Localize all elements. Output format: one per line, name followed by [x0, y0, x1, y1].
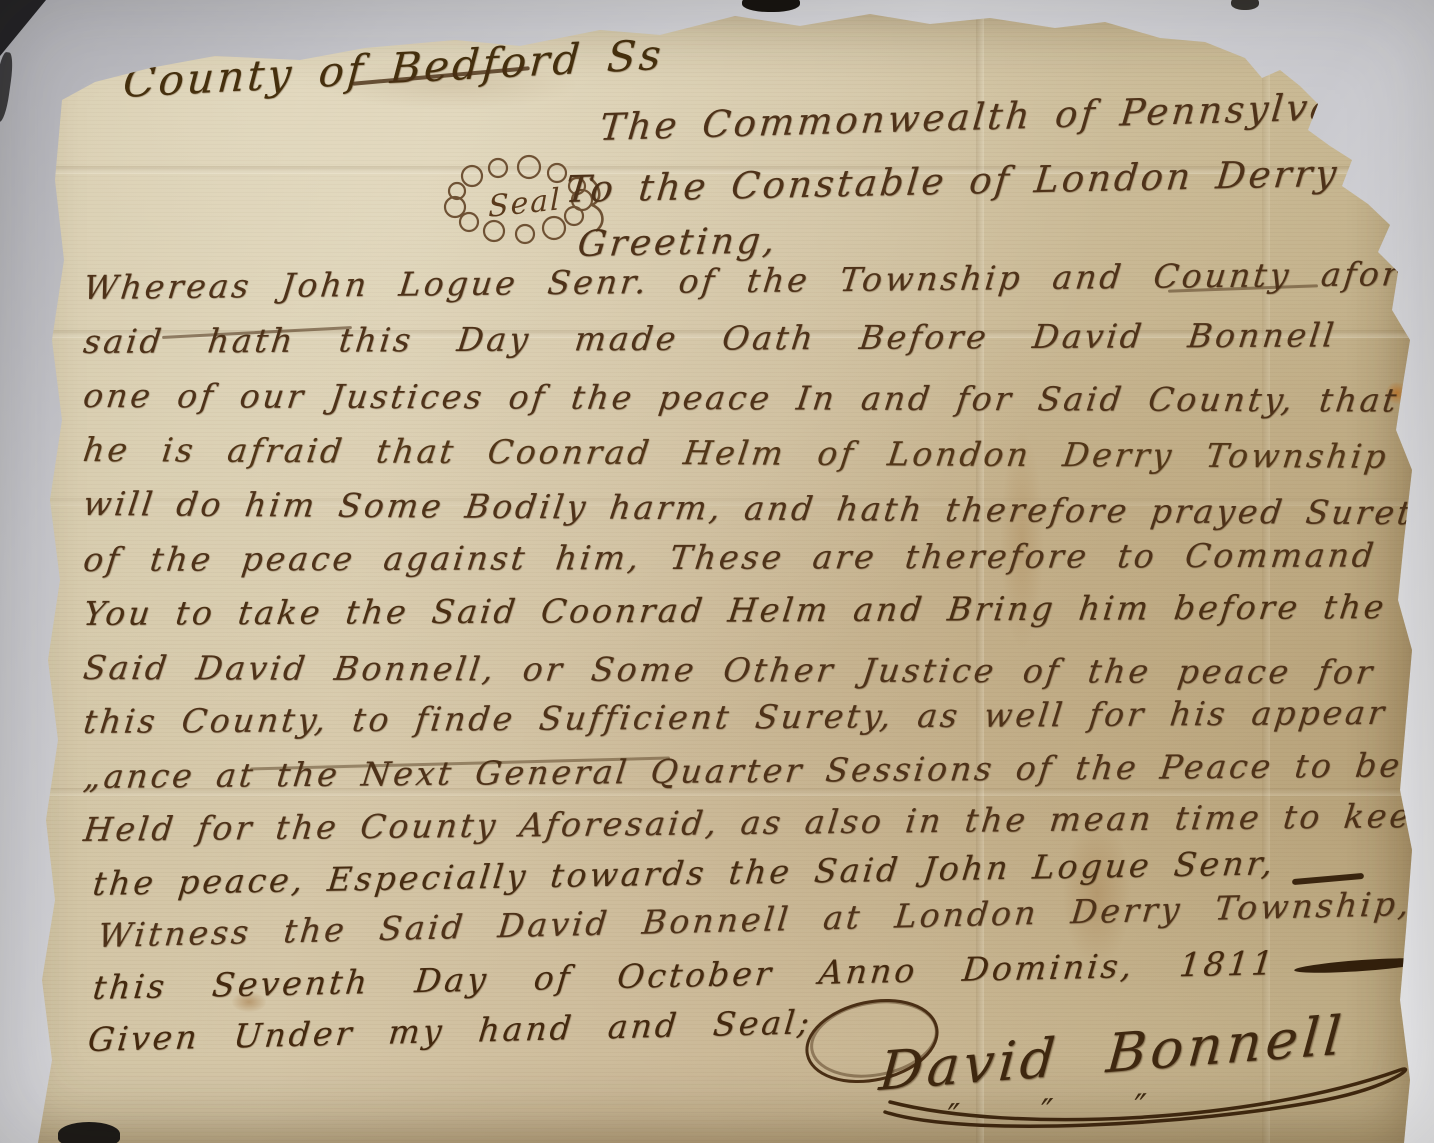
backdrop-dark-notch: [742, 0, 800, 12]
greeting-line: Greeting,: [576, 221, 771, 265]
constable-line: To the Constable of London Derry Townshi…: [564, 150, 1432, 211]
given-line: Given Under my hand and Seal;: [86, 1002, 814, 1059]
backdrop-dark-corner: [0, 0, 46, 56]
pen-dash: [1292, 873, 1364, 885]
photograph-of-manuscript: County of Bedford Ss The Commonwealth of…: [0, 0, 1434, 1143]
date-line: this Seventh Day of October Anno Dominis…: [91, 943, 1278, 1007]
body-line: this County, to finde Sufficient Surety,…: [81, 693, 1389, 741]
manuscript-paper: County of Bedford Ss The Commonwealth of…: [0, 0, 1434, 1143]
backdrop-dark-edge: [0, 51, 15, 122]
body-line: of the peace against him, These are ther…: [81, 535, 1378, 579]
body-line: Whereas John Logue Senr. of the Township…: [82, 254, 1426, 307]
body-line: You to take the Said Coonrad Helm and Br…: [81, 587, 1388, 633]
body-line: Said David Bonnell, or Some Other Justic…: [81, 648, 1377, 692]
backdrop-dark-mark: [1231, 0, 1259, 10]
body-line: he is afraid that Coonrad Helm of London…: [81, 430, 1391, 476]
body-line: one of our Justices of the peace In and …: [81, 376, 1401, 420]
body-line: Held for the County Aforesaid, as also i…: [82, 796, 1434, 849]
pen-dash: [1294, 955, 1430, 975]
body-line: will do him Some Bodily harm, and hath t…: [81, 484, 1429, 532]
backdrop-dark-blob: [58, 1122, 120, 1143]
body-line: said hath this Day made Oath Before Davi…: [81, 315, 1338, 361]
